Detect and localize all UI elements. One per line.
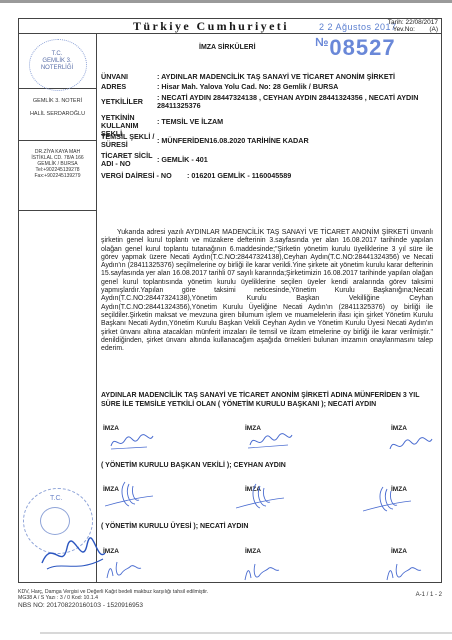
- imza-label: İMZA: [391, 425, 407, 432]
- signature-icon: [236, 482, 286, 512]
- notary-name-cell: GEMLİK 3. NOTERİ HALİL SERDAROĞLU: [19, 89, 96, 141]
- notary-seal: T.C. GEMLİK 3. NOTERLİĞİ: [25, 37, 89, 91]
- scan-bottom-edge: [40, 632, 452, 634]
- serial-number: №08527: [315, 35, 396, 61]
- authority-line: AYDINLAR MADENCİLİK TAŞ SANAYİ VE TİCARE…: [101, 392, 437, 409]
- signature-icon: [246, 429, 296, 451]
- notary-address-cell: DR.ZİYA KAYA MAH İSTİKLAL CD. 78/A 166 G…: [19, 141, 96, 211]
- signature-icon: [107, 430, 157, 452]
- footer-notes: KDV, Harç, Damga Vergisi ve Değerli Kağı…: [18, 590, 208, 609]
- imza-label: İMZA: [103, 548, 119, 555]
- signature-icon: [103, 556, 153, 582]
- notary-signature-icon: [37, 533, 107, 573]
- page-reference: A-1 / 1 - 2: [416, 592, 442, 598]
- notary-person: HALİL SERDAROĞLU: [19, 108, 96, 121]
- notary-address: DR.ZİYA KAYA MAH İSTİKLAL CD. 78/A 166 G…: [19, 141, 96, 179]
- tarih-block: Tarih: 22/08/2017 Yev.No: (A): [388, 19, 438, 33]
- seal-cell: T.C. GEMLİK 3. NOTERLİĞİ: [19, 33, 96, 89]
- header-title: Türkiye Cumhuriyeti: [133, 19, 289, 34]
- declaration-text: Yukarıda adresi yazılı AYDINLAR MADENCİL…: [101, 229, 433, 353]
- signature-icon: [386, 433, 436, 455]
- role-line-member: ( YÖNETİM KURULU ÜYESİ ); NECATİ AYDIN: [101, 523, 437, 532]
- role-line-vice-chair: ( YÖNETİM KURULU BAŞKAN VEKİLİ ); CEYHAN…: [101, 462, 437, 471]
- signature-icon: [105, 480, 155, 510]
- tarih-label: Tarih: 22/08/2017: [388, 19, 438, 26]
- header-row: Türkiye Cumhuriyeti 2 2 Ağustos 2017 Tar…: [19, 19, 441, 34]
- footer-nbs-no: NBS NO: 20170822016010З - 1520916953: [18, 602, 208, 609]
- scan-top-edge: [0, 0, 452, 3]
- signature-icon: [241, 558, 291, 584]
- signature-icon: [383, 558, 433, 584]
- notary-name: GEMLİK 3. NOTERİ: [19, 95, 96, 108]
- document-frame: Türkiye Cumhuriyeti 2 2 Ağustos 2017 Tar…: [18, 18, 442, 583]
- imza-label: İMZA: [245, 548, 261, 555]
- document-heading: İMZA SİRKÜLERİ: [199, 44, 256, 51]
- yev-no: Yev.No: (A): [388, 26, 438, 33]
- signature-icon: [363, 485, 413, 515]
- date-stamp: 2 2 Ağustos 2017: [319, 22, 397, 32]
- imza-label: İMZA: [391, 548, 407, 555]
- notary-sidebar: T.C. GEMLİK 3. NOTERLİĞİ GEMLİK 3. NOTER…: [19, 33, 97, 582]
